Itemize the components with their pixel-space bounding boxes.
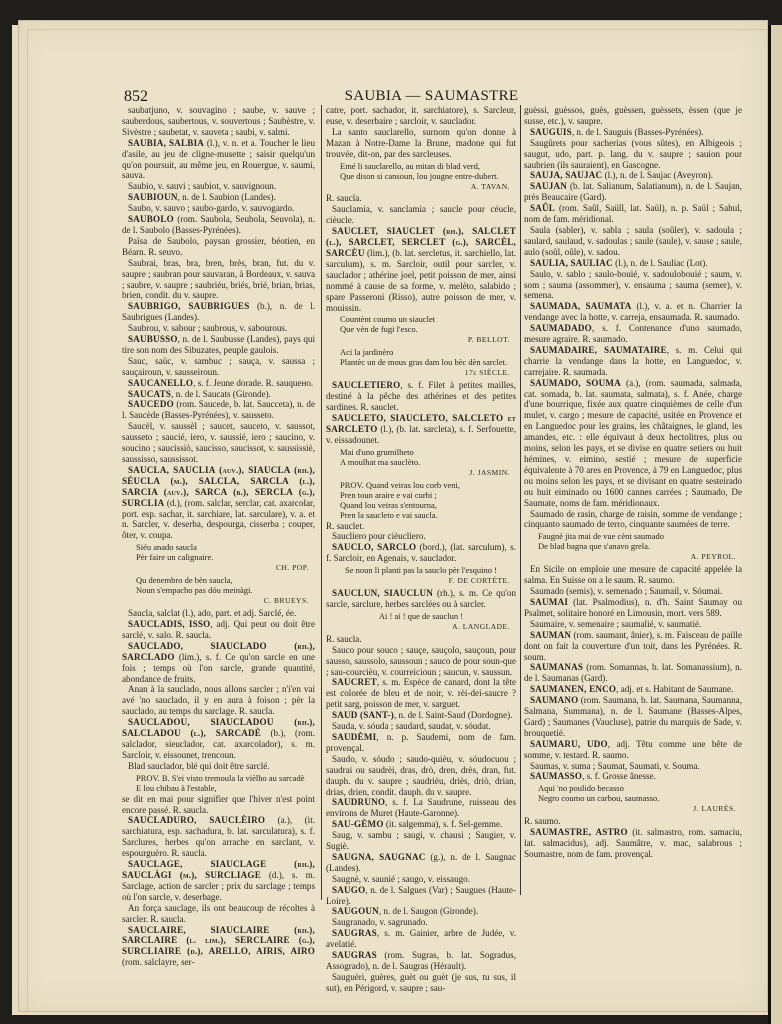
entry-text: Païsa de Saubolo, paysan grossier, béoti…: [122, 236, 315, 258]
entry-definition: , s. f. Jeune dorade. R. sauquено.: [193, 378, 313, 388]
verse-line: Plantèc un de mous gras dam lou bèc dèn …: [340, 357, 516, 367]
entry-definition: R. saumo.: [524, 816, 561, 826]
entry-text: Saugûrets pour sacherias (vous sûtes), e…: [524, 138, 742, 171]
entry-headword: SAUCANELLO: [128, 378, 193, 388]
quotation-attribution: A. LANGLADE.: [326, 622, 510, 633]
dictionary-entry: SAUMARU, UDO, adj. Têtu comme une bête d…: [524, 739, 742, 761]
entry-definition: Sauguèri, guères, guèt ou guèt (je sus, …: [326, 972, 516, 993]
entry-definition: En Sicile on emploie une mesure de capac…: [524, 564, 742, 585]
entry-headword: SAUMAI: [530, 597, 568, 607]
entry-definition: Saug, v. sambu ; saugi, v. chausi ; Saug…: [326, 830, 516, 851]
dictionary-entry: SAÛL (rom. Saûl, Saüll, lat. Saül), n. p…: [524, 203, 742, 225]
entry-headword: SAÛL: [530, 203, 555, 213]
entry-definition: Saulo, v. sablo ; saulo-bouié, v. sadoul…: [524, 269, 742, 301]
entry-headword: SAU-GÈMO: [332, 819, 384, 829]
dictionary-entry: SAUMANAS (rom. Somannas, b. lat. Somanas…: [524, 662, 742, 684]
verse-line: A moulhat ma sauclèto.: [340, 457, 516, 467]
dictionary-entry: SAUMANO (rom. Saumana, b. lat. Saumana, …: [524, 695, 742, 739]
entry-definition: (rom. Saûl, Saüll, lat. Saül), n. p. Saü…: [524, 203, 742, 224]
entry-definition: Saudo, v. sóudo ; saudo-quièu, v. sóudoc…: [326, 754, 516, 797]
entry-text: Saucla, salclat (l.), ado, part. et adj.…: [122, 608, 315, 619]
entry-text: saubatjuno, v. souvagino ; saube, v. sau…: [122, 105, 315, 138]
dictionary-entry: SAUMASSO, s. f. Grosse ânesse.: [524, 771, 742, 782]
dictionary-entry: SAUCLAIRE, SIAUCLAIRE (rh.), SARCLAIRE (…: [122, 925, 315, 969]
entry-text: Sauda, v. sóuda ; saudard, saudat, v. só…: [326, 721, 516, 732]
entry-text: Saubio, v. sauvi ; saubiot, v. sauvignou…: [122, 181, 315, 192]
entry-definition: se dit en mai pour signifier que l'hiver…: [122, 794, 315, 815]
dictionary-entry: SAUMADAIRE, SAUMATAIRE, s. m. Celui qui …: [524, 345, 742, 378]
verse-line: PROV. B. S'ei visto tremoula la vièlho a…: [136, 773, 315, 783]
verse-quotation: PROV. Quand veiras lou corb veni,Pren to…: [340, 480, 516, 520]
quotation-attribution: 17e SIÈCLE.: [326, 368, 510, 379]
dictionary-entry: SAULIA, SAULIAC (l.), n. de l. Sauliac (…: [524, 258, 742, 269]
entry-text: Anan à la sauclado, nous allons sarcler …: [122, 684, 315, 717]
entry-headword: SAUCRET: [332, 677, 377, 687]
entry-definition: An força sauclage, ils ont beaucoup de r…: [122, 903, 315, 924]
entry-text: R. saumo.: [524, 816, 742, 827]
entry-headword: SAUCLUN, SIAUCLUN: [332, 588, 433, 598]
entry-definition: Païsa de Saubolo, paysan grossier, béoti…: [122, 236, 315, 257]
verse-line: Que vèn de fugi l'esco.: [340, 324, 516, 334]
dictionary-entry: SAUJAN (b. lat. Salianum, Salatianum), n…: [524, 181, 742, 203]
entry-definition: Saucliero pour cièucliero.: [332, 531, 426, 541]
entry-definition: Sauda, v. sóuda ; saudard, saudat, v. só…: [332, 721, 491, 731]
facing-page-edge: [768, 25, 782, 1024]
verse-quotation: Countènt coumo un siaucletQue vèn de fug…: [340, 314, 516, 334]
entry-headword: SAUCLO, SARCLO: [332, 542, 416, 552]
entry-definition: Saubrai, bras, bra, bren, brès, bran, fu…: [122, 258, 315, 301]
entry-definition: , n. de l. Sauguis (Basses-Pyrénées).: [572, 127, 704, 137]
verse-line: Se noun li planti pas la sauclo pèr l'es…: [326, 565, 516, 575]
entry-headword: SAUMANAS: [530, 662, 583, 672]
entry-text: Saula (sabler), v. sabla ; saula (soûler…: [524, 225, 742, 258]
verse-quotation: Se noun li planti pas la sauclo pèr l'es…: [326, 565, 516, 575]
entry-headword: SAUCLETIERO: [332, 380, 400, 390]
entry-headword: SAUJAN: [530, 181, 567, 191]
entry-headword: SAUCLADURO, SAUCLÈIRO: [128, 815, 265, 825]
verse-quotation: Faugnè jita mai de vue cènt saumadoDe bl…: [538, 531, 742, 551]
entry-headword: SAUMASSO: [530, 771, 582, 781]
dictionary-entry: SAUGUIS, n. de l. Sauguis (Basses-Pyréné…: [524, 127, 742, 138]
dictionary-entry: SAUCLADO, SIAUCLADO (rh.), SARCLADO (lim…: [122, 641, 315, 685]
quotation-attribution: J. JASMIN.: [326, 468, 510, 479]
verse-quotation: PROV. B. S'ei visto tremoula la vièlho a…: [136, 773, 315, 793]
dictionary-entry: SAUCLA, SAUCLIA (auv.), SIAUCLA (rh.), S…: [122, 465, 315, 541]
quotation-attribution: A. TAVAN.: [326, 182, 510, 193]
entry-definition: R. sauclet.: [326, 521, 364, 531]
entry-text: Saumas, v. suma ; Saumat, Saumati, v. So…: [524, 761, 742, 772]
entry-definition: Saugûrets pour sacherias (vous sûtes), e…: [524, 138, 742, 170]
dictionary-entry: SAUCANELLO, s. f. Jeune dorade. R. sauqu…: [122, 378, 315, 389]
dictionary-entry: SAUGOUN, n. de l. Saugon (Gironde).: [326, 906, 516, 917]
entry-headword: SAUD (SANT-): [332, 710, 394, 720]
entry-headword: SAUBUSSO: [128, 334, 178, 344]
entry-headword: SAUMANO: [530, 695, 578, 705]
verse-line: Emé li sauclarello, au mitan di blad ver…: [340, 161, 516, 171]
dictionary-entry: SAUGO, n. de l. Salgues (Var) ; Saugues …: [326, 885, 516, 907]
entry-definition: Saucèl, v. saussèl ; saucet, sauceto, v.…: [122, 421, 315, 464]
entry-text: guèssi, guèssos, guès, guèssen, guèssets…: [524, 105, 742, 127]
entry-definition: , n. de l. Saint-Saud (Dordogne).: [394, 710, 512, 720]
entry-headword: SAUGNA, SAUGNAC: [332, 852, 426, 862]
entry-headword: SAUMANEN, ENCO: [530, 684, 616, 694]
entry-headword: SAUMADAIRE, SAUMATAIRE: [530, 345, 667, 355]
entry-headword: SAUGOUN: [332, 906, 379, 916]
dictionary-entry: SAUDRUNO, s. f. La Saudrune, ruisseau de…: [326, 797, 516, 819]
quotation-attribution: C. BRUEYS.: [122, 596, 309, 607]
text-columns: saubatjuno, v. souvagino ; saube, v. sau…: [122, 105, 742, 905]
entry-definition: R. saucla.: [326, 634, 362, 644]
entry-definition: (it. salgemma), s. f. Sel-gemme.: [384, 819, 503, 829]
dictionary-entry: SAUCLUN, SIAUCLUN (rh.), s. m. Ce qu'on …: [326, 588, 516, 610]
entry-headword: SAUBIOUN: [128, 192, 178, 202]
entry-text: Saulo, v. sablo ; saulo-bouié, v. sadoul…: [524, 269, 742, 302]
verse-line: PROV. Quand veiras lou corb veni,: [340, 480, 516, 490]
entry-headword: SAUBOLO: [128, 214, 174, 224]
entry-headword: SAUCEDO: [128, 399, 174, 409]
dictionary-entry: SAUCLETIERO, s. f. Filet à petites maill…: [326, 380, 516, 413]
verse-line: Mai d'uno grumilheto: [340, 447, 516, 457]
entry-definition: Saubo, v. sauvo ; saubo-gardo, v. sauvog…: [128, 203, 294, 213]
entry-definition: Saugnè, v. saunié ; saugo, v. eissaugo.: [332, 874, 470, 884]
entry-headword: SAUGO: [332, 885, 365, 895]
verse-quotation: Ai ! ai ! que de sauclun !: [326, 611, 516, 621]
quotation-attribution: F. DE CORTÈTE.: [326, 576, 510, 587]
entry-definition: , n. de l. Saucats (Gironde).: [171, 389, 271, 399]
dictionary-entry: SAUGRAS, s. m. Gainier, arbre de Judée, …: [326, 928, 516, 950]
verse-quotation: Emé li sauclarello, au mitan di blad ver…: [340, 161, 516, 181]
dictionary-entry: SAUD (SANT-), n. de l. Saint-Saud (Dordo…: [326, 710, 516, 721]
entry-text: Saug, v. sambu ; saugi, v. chausi ; Saug…: [326, 830, 516, 852]
entry-definition: (l.), n. de l. Saujac (Aveyron).: [602, 170, 713, 180]
entry-definition: Anan à la sauclado, nous allons sarcler …: [122, 684, 315, 716]
verse-line: Siéu anado saucla: [136, 542, 315, 552]
entry-headword: SAUDÈMI: [332, 732, 376, 742]
column-left: saubatjuno, v. souvagino ; saube, v. sau…: [122, 105, 315, 968]
entry-definition: Sauco pour souco ; sauçe, sauçolo, sauço…: [326, 645, 516, 677]
dictionary-entry: SAUCRET, s. m. Espèce de canard, dont la…: [326, 677, 516, 710]
entry-text: Sauclamia, v. sanclamia ; saucle pour cé…: [326, 204, 516, 226]
entry-headword: SAUGRAS: [332, 950, 377, 960]
entry-definition: Sauc, saüc, v. sambuc ; sauça, v. saussa…: [122, 356, 315, 377]
dictionary-entry: SAUMAI (lat. Psalmodius), n. d'h. Saint …: [524, 597, 742, 619]
dictionary-entry: SAUCLETO, SIAUCLETO, SALCLETO et SARCLET…: [326, 413, 516, 446]
entry-headword: SAUGRAS: [332, 928, 377, 938]
column-middle: catre, port. sachador, it. sarchiatore),…: [326, 105, 516, 994]
dictionary-entry: SAUJA, SAUJAC (l.), n. de l. Saujac (Ave…: [524, 170, 742, 181]
entry-definition: Sauclamia, v. sanclamia ; saucle pour cé…: [326, 204, 516, 225]
dictionary-entry: SAUCLADIS, ISSO, adj. Qui peut ou doit ê…: [122, 619, 315, 641]
entry-headword: SAUCATS: [128, 389, 171, 399]
entry-definition: , adj. et s. Habitant de Saumane.: [616, 684, 733, 694]
dictionary-entry: SAUBRIGO, SAUBRIGUES (b.), n. de l. Saub…: [122, 301, 315, 323]
quotation-attribution: P. BELLOT.: [326, 335, 510, 346]
entry-text: R. saucla.: [326, 193, 516, 204]
entry-text: catre, port. sachador, it. sarchiatore),…: [326, 105, 516, 127]
entry-text: Saubrou, v. sabour ; saubrous, v. sabour…: [122, 323, 315, 334]
dictionary-entry: SAU-GÈMO (it. salgemma), s. f. Sel-gemme…: [326, 819, 516, 830]
entry-text: En Sicile on emploie une mesure de capac…: [524, 564, 742, 586]
entry-text: Saucliero pour cièucliero.: [326, 531, 516, 542]
column-rule: [321, 105, 322, 900]
dictionary-entry: SAUCATS, n. de l. Saucats (Gironde).: [122, 389, 315, 400]
entry-headword: SAUMAN: [530, 630, 571, 640]
entry-definition: La santo sauclarello, surnom qu'on donne…: [326, 127, 516, 159]
dictionary-entry: SAUBUSSO, n. de l. Saubusse (Landes), pa…: [122, 334, 315, 356]
entry-text: La santo sauclarello, surnom qu'on donne…: [326, 127, 516, 160]
entry-text: Saudo, v. sóudo ; saudo-quièu, v. sóudoc…: [326, 754, 516, 798]
entry-definition: Saugranado, v. sagrunado.: [332, 917, 428, 927]
dictionary-entry: SAUBIA, SALBIA (l.), v. n. et a. Toucher…: [122, 138, 315, 182]
dictionary-entry: SAUBIOUN, n. de l. Saubion (Landes).: [122, 192, 315, 203]
entry-definition: (l.), n. de l. Sauliac (Lot).: [613, 258, 708, 268]
entry-text: Sauco pour souco ; sauçe, sauçolo, sauço…: [326, 645, 516, 678]
entry-headword: SAUMADADO: [530, 323, 592, 333]
quotation-attribution: J. LAURÈS.: [524, 804, 736, 815]
entry-headword: SAUBRIGO, SAUBRIGUES: [128, 301, 249, 311]
entry-text: R. saucla.: [326, 634, 516, 645]
entry-definition: Saumas, v. suma ; Saumat, Saumati, v. So…: [530, 761, 700, 771]
entry-headword: SAUCLAIRE, SIAUCLAIRE (rh.), SARCLAIRE (…: [122, 925, 315, 957]
quotation-attribution: CH. POP.: [122, 563, 309, 574]
entry-text: Blad sauclador, blé qui doit être sarclé…: [122, 761, 315, 772]
entry-definition: Saumaire, v. semenaire ; saumalié, v. sa…: [530, 619, 701, 629]
dictionary-entry: SAUCEDO (rom. Saucede, b. lat. Saucceta)…: [122, 399, 315, 421]
entry-text: Sauguèri, guères, guèt ou guèt (je sus, …: [326, 972, 516, 994]
verse-line: Pren la saucleto e vai saucla.: [340, 510, 516, 520]
dictionary-entry: SAUMANEN, ENCO, adj. et s. Habitant de S…: [524, 684, 742, 695]
dictionary-entry: SAUMASTRE, ASTRO (it. salmastro, rom. sa…: [524, 827, 742, 860]
verse-line: Noun s'empacho pas dóu meinàgi.: [136, 585, 315, 595]
entry-definition: Saula (sabler), v. sabla ; saula (soûler…: [524, 225, 742, 257]
entry-definition: Saumado de rasin, charge de raisin, somm…: [524, 509, 742, 530]
verse-quotation: Mai d'uno grumilhetoA moulhat ma sauclèt…: [340, 447, 516, 467]
dictionary-entry: SAUCLO, SARCLO (bord.), (lat. sarculum),…: [326, 542, 516, 564]
entry-headword: SAUDRUNO: [332, 797, 385, 807]
entry-definition: , s. f. Grosse ânesse.: [582, 771, 656, 781]
entry-definition: catre, port. sachador, it. sarchiatore),…: [326, 105, 516, 126]
verse-line: Pren toun araire e vai curbi ;: [340, 490, 516, 500]
entry-definition: Saubio, v. sauvi ; saubiot, v. sauvignou…: [128, 181, 276, 191]
dictionary-entry: SAUGNA, SAUGNAC (g.), n. de l. Saugnac (…: [326, 852, 516, 874]
entry-text: R. sauclet.: [326, 521, 516, 532]
entry-text: Saugranado, v. sagrunado.: [326, 917, 516, 928]
verse-line: Aqui 'no poulido becasso: [538, 783, 742, 793]
entry-headword: SAUBIA, SALBIA: [128, 138, 204, 148]
entry-definition: Saumado (semis), v. semenado ; Saumail, …: [530, 586, 722, 596]
entry-headword: SAULIA, SAULIAC: [530, 258, 613, 268]
entry-text: se dit en mai pour signifier que l'hiver…: [122, 794, 315, 816]
verse-line: Pèr faire un calignaire.: [136, 552, 315, 562]
verse-line: Aci la jardinèro: [340, 347, 516, 357]
entry-definition: Saucla, salclat (l.), ado, part. et adj.…: [128, 608, 296, 618]
column-right: guèssi, guèssos, guès, guèssen, guèssets…: [524, 105, 742, 860]
entry-definition: guèssi, guèssos, guès, guèssen, guèssets…: [524, 105, 742, 126]
dictionary-entry: SAUCLADOU, SIAUCLADOU (rh.), SALCLADOU (…: [122, 717, 315, 761]
entry-headword: SAUCLADIS, ISSO: [128, 619, 210, 629]
entry-definition: R. saucla.: [326, 193, 362, 203]
entry-definition: Blad sauclador, blé qui doit être sarclé…: [128, 761, 270, 771]
verse-line: Quand lou veiras s'entourna,: [340, 500, 516, 510]
entry-headword: SAUJA, SAUJAC: [530, 170, 602, 180]
verse-line: De blad bagna que s'anavo grela.: [538, 541, 742, 551]
verse-line: Qu denembro de bèn saucla,: [136, 575, 315, 585]
quotation-attribution: A. PEYROL.: [524, 552, 736, 563]
dictionary-entry: SAUMADADO, s. f. Contenance d'uno saumad…: [524, 323, 742, 345]
verse-line: Countènt coumo un siauclet: [340, 314, 516, 324]
verse-line: Que dison si cansoun, lou jougne entre-d…: [340, 171, 516, 181]
verse-line: Ai ! ai ! que de sauclun !: [326, 611, 516, 621]
entry-text: Saugnè, v. saunié ; saugo, v. eissaugo.: [326, 874, 516, 885]
entry-text: Saubo, v. sauvo ; saubo-gardo, v. sauvog…: [122, 203, 315, 214]
entry-definition: , n. de l. Saugon (Gironde).: [379, 906, 478, 916]
entry-text: Saubrai, bras, bra, bren, brès, bran, fu…: [122, 258, 315, 302]
dictionary-entry: SAUCLAGE, SIAUCLAGE (rh.), SAUCLÀGI (m.)…: [122, 859, 315, 903]
entry-text: Saumado de rasin, charge de raisin, somm…: [524, 509, 742, 531]
entry-text: Saucèl, v. saussèl ; saucet, sauceto, v.…: [122, 421, 315, 465]
column-rule: [520, 105, 521, 895]
entry-definition: Saubrou, v. sabour ; saubrous, v. sabour…: [128, 323, 287, 333]
entry-headword: SAUMADA, SAUMATA: [530, 301, 632, 311]
verse-quotation: Qu denembro de bèn saucla,Noun s'empacho…: [136, 575, 315, 595]
dictionary-entry: SAUCLET, SIAUCLET (rh.), SALCLET (l.), S…: [326, 226, 516, 313]
dictionary-entry: SAUGRAS (rom. Sugras, b. lat. Sogradus, …: [326, 950, 516, 972]
entry-headword: SAUGUIS: [530, 127, 572, 137]
entry-definition: , n. de l. Saubion (Landes).: [178, 192, 276, 202]
dictionary-entry: SAUCLADURO, SAUCLÈIRO (a.), (it. sarchia…: [122, 815, 315, 859]
entry-definition: (a.), (rom. saumada, salmada, cat. somad…: [524, 378, 742, 508]
running-head: SAUBIA — SAUMASTRE: [124, 88, 739, 105]
entry-text: Sauc, saüc, v. sambuc ; sauça, v. saussa…: [122, 356, 315, 378]
entry-text: Saumaire, v. semenaire ; saumalié, v. sa…: [524, 619, 742, 630]
verse-quotation: Siéu anado sauclaPèr faire un calignaire…: [136, 542, 315, 562]
dictionary-entry: SAUMADO, SOUMA (a.), (rom. saumada, salm…: [524, 378, 742, 509]
entry-text: An força sauclage, ils ont beaucoup de r…: [122, 903, 315, 925]
verse-line: E lou chibau à l'estable,: [136, 783, 315, 793]
dictionary-entry: SAUMAN (rom. saumant, ânier), s. m. Fais…: [524, 630, 742, 663]
verse-quotation: Aci la jardinèroPlantèc un de mous gras …: [340, 347, 516, 367]
entry-definition: (rom. salclayre, ser-: [122, 957, 195, 967]
verse-line: Negro coumo un carbou, saumasso.: [538, 793, 742, 803]
dictionary-entry: SAUMADA, SAUMATA (l.), v. a. et n. Charr…: [524, 301, 742, 323]
entry-headword: SAUMADO, SOUMA: [530, 378, 621, 388]
dictionary-entry: SAUBOLO (rom. Saubola, Seubola, Seuvola)…: [122, 214, 315, 236]
verse-quotation: Aqui 'no poulido becassoNegro coumo un c…: [538, 783, 742, 803]
entry-headword: SAUMASTRE, ASTRO: [530, 827, 628, 837]
entry-headword: SAUMARU, UDO: [530, 739, 608, 749]
entry-definition: saubatjuno, v. souvagino ; saube, v. sau…: [122, 105, 315, 137]
entry-text: Saumado (semis), v. semenado ; Saumail, …: [524, 586, 742, 597]
dictionary-entry: SAUDÈMI, n. p. Saudemi, nom de fam. prov…: [326, 732, 516, 754]
verse-line: Faugnè jita mai de vue cènt saumado: [538, 531, 742, 541]
